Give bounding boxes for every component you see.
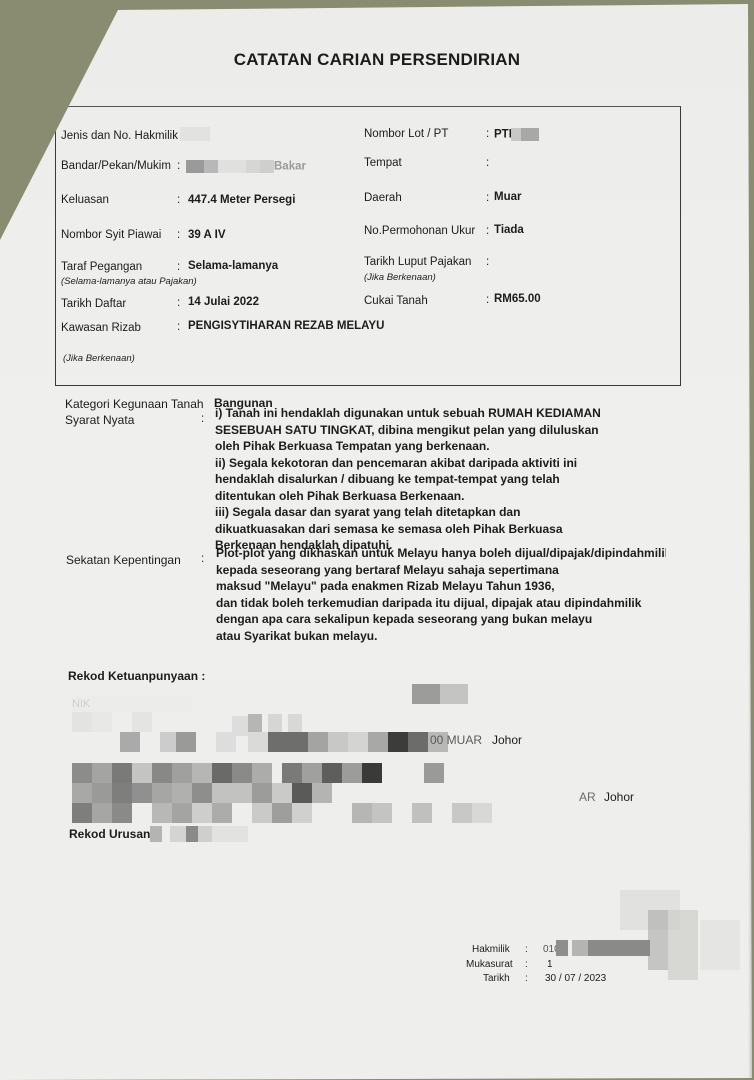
label-daerah: Daerah [364, 192, 402, 204]
label-kategori: Kategori Kegunaan Tanah [65, 397, 204, 411]
document-title: CATATAN CARIAN PERSENDIRIAN [0, 50, 754, 70]
sekatan-line: maksud "Melayu" pada enakmen Rizab Melay… [216, 578, 666, 595]
value-cukai-tanah: RM65.00 [494, 293, 541, 305]
label-nombor-lot: Nombor Lot / PT [364, 128, 448, 140]
note-kawasan-rizab: (Jika Berkenaan) [63, 353, 135, 364]
label-tarikh-daftar: Tarikh Daftar [61, 298, 126, 310]
document-page: CATATAN CARIAN PERSENDIRIAN Jenis dan No… [0, 0, 754, 1080]
sekatan-line: Plot-plot yang dikhaskan untuk Melayu ha… [216, 545, 666, 562]
label-cukai-tanah: Cukai Tanah [364, 295, 428, 307]
syarat-nyata-line: i) Tanah ini hendaklah digunakan untuk s… [215, 405, 601, 422]
syarat-nyata-line: dikuatkuasakan dari semasa ke semasa ole… [215, 521, 601, 538]
note-tarikh-luput: (Jika Berkenaan) [364, 272, 436, 283]
label-jenis-hakmilik: Jenis dan No. Hakmilik [61, 130, 178, 142]
owner-1-address-tail: 00 MUAR [430, 733, 482, 747]
syarat-nyata-line: SESEBUAH SATU TINGKAT, dibina mengikut p… [215, 422, 601, 439]
sekatan-line: dan tidak boleh terkemudian daripada itu… [216, 595, 666, 612]
syarat-nyata-line: hendaklah disalurkan / dibuang ke tempat… [215, 471, 601, 488]
value-permohonan-ukur: Tiada [494, 224, 524, 236]
sekatan-line: dengan apa cara sekalipun kepada seseora… [216, 611, 666, 628]
label-rekod-ketuanpunyaan: Rekod Ketuanpunyaan : [68, 668, 205, 685]
footer-mukasurat-label: Mukasurat [466, 959, 513, 970]
value-kawasan-rizab: PENGISYTIHARAN REZAB MELAYU [188, 320, 384, 332]
owner-2-address-tail: AR [579, 790, 596, 804]
label-taraf-pegangan: Taraf Pegangan [61, 261, 142, 273]
note-taraf-pegangan: (Selama-lamanya atau Pajakan) [61, 276, 197, 287]
footer-tarikh-label: Tarikh [483, 973, 510, 984]
syarat-nyata-line: oleh Pihak Berkuasa Tempatan yang berken… [215, 438, 601, 455]
label-bandar-mukim: Bandar/Pekan/Mukim [61, 160, 171, 172]
label-kawasan-rizab: Kawasan Rizab [61, 322, 141, 334]
land-info-box [55, 106, 681, 386]
value-syit-piawai: 39 A IV [188, 229, 226, 241]
syarat-nyata-line: ditentukan oleh Pihak Berkuasa Berkenaan… [215, 488, 601, 505]
label-syit-piawai: Nombor Syit Piawai [61, 229, 161, 241]
label-rekod-urusan: Rekod Urusan [69, 826, 150, 843]
footer-hakmilik-label: Hakmilik [472, 944, 510, 955]
sekatan-text: Plot-plot yang dikhaskan untuk Melayu ha… [216, 545, 666, 644]
value-taraf-pegangan: Selama-lamanya [188, 260, 278, 272]
footer-mukasurat-value: 1 [547, 959, 553, 970]
syarat-nyata-text: i) Tanah ini hendaklah digunakan untuk s… [215, 405, 601, 554]
syarat-nyata-line: iii) Segala dasar dan syarat yang telah … [215, 504, 601, 521]
label-syarat-nyata: Syarat Nyata [65, 413, 134, 427]
value-keluasan: 447.4 Meter Persegi [188, 194, 295, 206]
footer-tarikh-value: 30 / 07 / 2023 [545, 973, 606, 984]
owner-1-state: Johor [492, 733, 522, 747]
label-permohonan-ukur: No.Permohonan Ukur [364, 225, 475, 237]
value-tarikh-daftar: 14 Julai 2022 [188, 296, 259, 308]
label-tempat: Tempat [364, 157, 402, 169]
sekatan-line: kepada seseorang yang bertaraf Melayu sa… [216, 562, 666, 579]
label-keluasan: Keluasan [61, 194, 109, 206]
label-sekatan: Sekatan Kepentingan [66, 553, 181, 567]
value-daerah: Muar [494, 191, 521, 203]
sekatan-line: atau Syarikat bukan melayu. [216, 628, 666, 645]
owner-2-state: Johor [604, 790, 634, 804]
value-bandar-mukim: Bakar [186, 160, 306, 173]
value-nombor-lot: PTD [494, 128, 539, 141]
label-tarikh-luput-pajakan: Tarikh Luput Pajakan [364, 256, 471, 268]
syarat-nyata-line: ii) Segala kekotoran dan pencemaran akib… [215, 455, 601, 472]
